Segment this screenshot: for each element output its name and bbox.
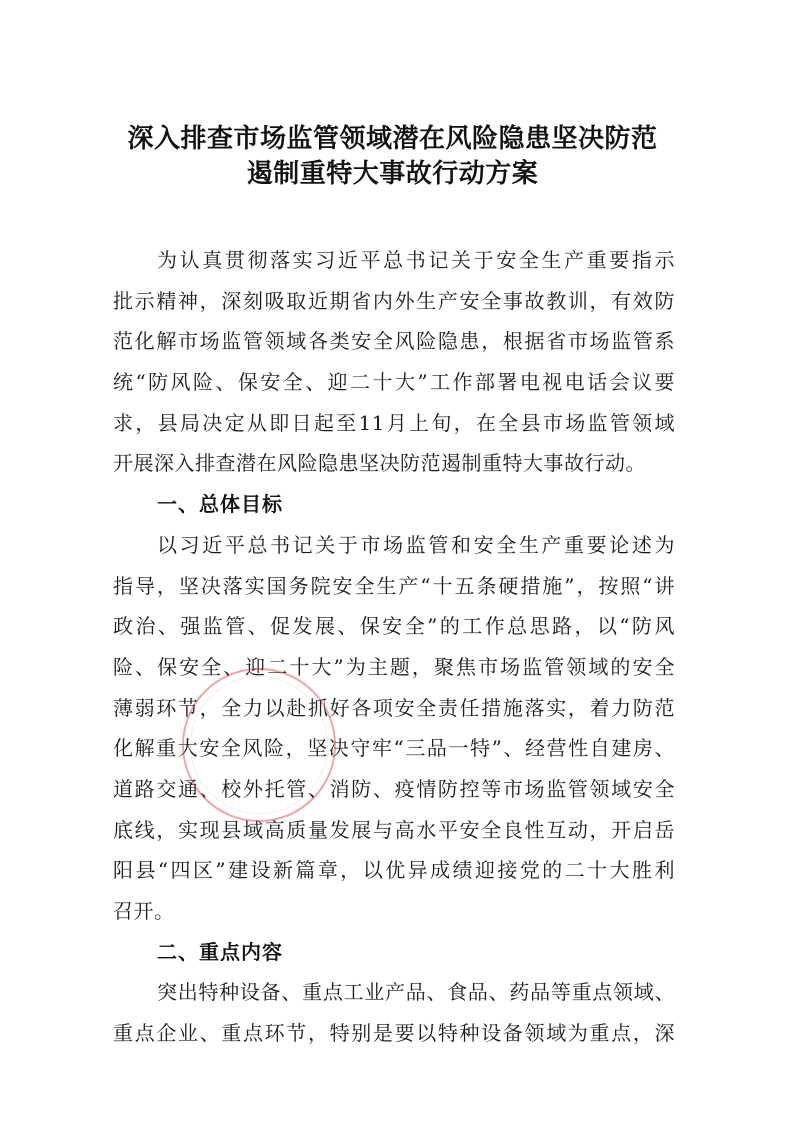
section-heading-overall-goals: 一、总体目标 — [113, 484, 675, 525]
paragraph-intro-line: 批示精神，深刻吸取近期省内外生产安全事故教训，有效防 — [113, 281, 675, 322]
paragraph-goals-line: 召开。 — [113, 891, 675, 932]
paragraph-key-content-line: 突出特种设备、重点工业产品、食品、药品等重点领域、 — [113, 972, 675, 1013]
paragraph-intro-line: 开展深入排查潜在风险隐患坚决防范遏制重特大事故行动。 — [113, 443, 675, 484]
paragraph-goals-line: 化解重大安全风险，坚决守牢“三品一特”、经营性自建房、 — [113, 728, 675, 769]
section-heading-key-content: 二、重点内容 — [113, 932, 675, 973]
paragraph-intro-line: 范化解市场监管领域各类安全风险隐患，根据省市场监管系 — [113, 321, 675, 362]
paragraph-goals-line: 政治、强监管、促发展、保安全”的工作总思路，以“防风 — [113, 606, 675, 647]
paragraph-intro-line: 为认真贯彻落实习近平总书记关于安全生产重要指示 — [113, 240, 675, 281]
paragraph-goals-line: 底线，实现县域高质量发展与高水平安全良性互动，开启岳 — [113, 810, 675, 851]
paragraph-goals-line: 道路交通、校外托管、消防、疫情防控等市场监管领域安全 — [113, 769, 675, 810]
paragraph-goals-line: 阳县“四区”建设新篇章，以优异成绩迎接党的二十大胜利 — [113, 850, 675, 891]
paragraph-goals-line: 险、保安全、迎二十大”为主题，聚焦市场监管领域的安全 — [113, 647, 675, 688]
paragraph-intro-line: 统“防风险、保安全、迎二十大”工作部署电视电话会议要 — [113, 362, 675, 403]
paragraph-key-content-line: 重点企业、重点环节，特别是要以特种设备领域为重点，深 — [113, 1013, 675, 1054]
document-title-line-1: 深入排查市场监管领域潜在风险隐患坚决防范 — [0, 122, 789, 156]
document-title-line-2: 遏制重特大事故行动方案 — [0, 157, 789, 191]
paragraph-intro-line: 求，县局决定从即日起至11月上旬，在全县市场监管领域 — [113, 403, 675, 444]
paragraph-goals-line: 以习近平总书记关于市场监管和安全生产重要论述为 — [113, 525, 675, 566]
paragraph-goals-line: 指导，坚决落实国务院安全生产“十五条硬措施”，按照“讲 — [113, 566, 675, 607]
document-body: 为认真贯彻落实习近平总书记关于安全生产重要指示 批示精神，深刻吸取近期省内外生产… — [113, 240, 675, 1054]
paragraph-goals-line: 薄弱环节，全力以赴抓好各项安全责任措施落实，着力防范 — [113, 688, 675, 729]
document-page: 深入排查市场监管领域潜在风险隐患坚决防范 遏制重特大事故行动方案 为认真贯彻落实… — [0, 0, 793, 1121]
